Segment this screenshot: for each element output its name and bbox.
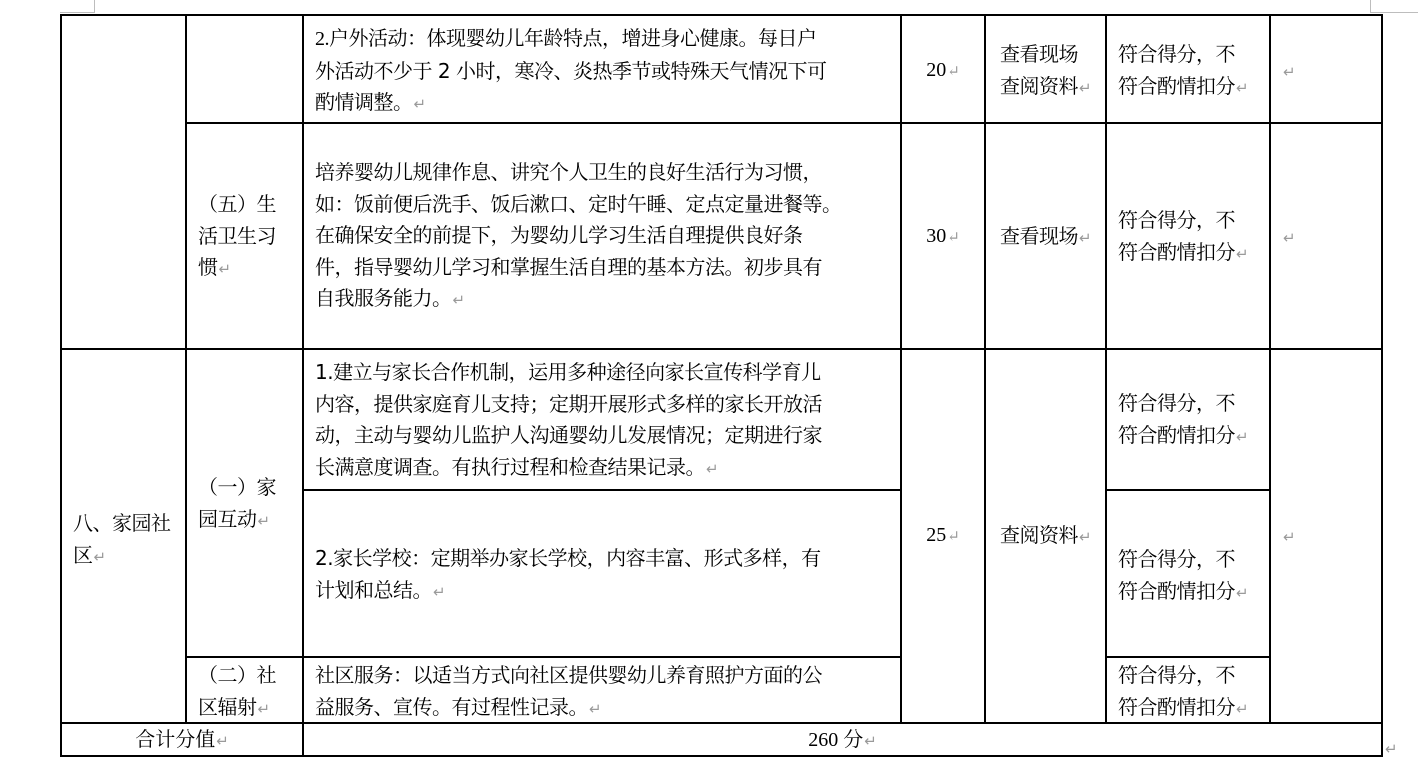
rule-line: 符合酌情扣分	[1118, 423, 1235, 447]
score-value: 25	[926, 524, 946, 546]
paragraph-mark-icon: ↵	[433, 583, 445, 601]
score-cell-20: 20↵	[900, 14, 986, 124]
rule-line: 符合得分，不	[1118, 42, 1235, 66]
content-line: 培养婴幼儿规律作息、讲究个人卫生的良好生活行为习惯，	[315, 160, 822, 184]
method-line: 查看现场	[1000, 224, 1078, 248]
content-line: 计划和总结。	[315, 578, 432, 602]
content-line: 2.家长学校：定期举办家长学校，内容丰富、形式多样，有	[315, 546, 821, 570]
item-line: （五）生	[198, 192, 276, 216]
rule-line: 符合酌情扣分	[1118, 240, 1235, 264]
content-line: 外活动不少于 2 小时，寒冷、炎热季节或特殊天气情况下可	[315, 59, 826, 83]
content-line: 件，指导婴幼儿学习和掌握生活自理的基本方法。初步具有	[315, 255, 822, 279]
content-cell-community-service: 社区服务：以适当方式向社区提供婴幼儿养育照护方面的公 益服务、宣传。有过程性记录…	[302, 656, 902, 724]
paragraph-mark-icon: ↵	[94, 548, 106, 566]
evaluation-table: 八、家园社 区↵ （五）生 活卫生习 惯↵ （一）家 园互动↵ （二）社 区辐射…	[60, 14, 1383, 757]
score-value: 20	[926, 59, 946, 81]
paragraph-mark-icon: ↵	[1079, 229, 1091, 247]
item-line: 园互动	[198, 507, 257, 531]
total-value: 260 分	[808, 729, 863, 751]
total-label: 合计分值	[135, 727, 215, 751]
content-cell-family-cooperation: 1.建立与家长合作机制，运用多种途径向家长宣传科学育儿 内容，提供家庭育儿支持；…	[302, 348, 902, 491]
rule-cell-row3: 符合得分，不 符合酌情扣分↵	[1105, 348, 1271, 491]
rule-cell-row4: 符合得分，不 符合酌情扣分↵	[1105, 489, 1271, 658]
score-cell-30: 30↵	[900, 122, 986, 350]
paragraph-mark-icon: ↵	[947, 230, 960, 246]
paragraph-mark-icon: ↵	[1236, 79, 1248, 97]
category-cell-home-community: 八、家园社 区↵	[60, 348, 187, 724]
item-cell-community-outreach: （二）社 区辐射↵	[185, 656, 304, 724]
paragraph-mark-icon: ↵	[1236, 584, 1248, 602]
paragraph-mark-icon: ↵	[216, 732, 229, 750]
paragraph-mark-icon: ↵	[1283, 528, 1295, 546]
method-cell-row3: 查阅资料↵	[984, 348, 1107, 724]
content-line: 自我服务能力。	[315, 286, 452, 310]
method-cell-row2: 查看现场↵	[984, 122, 1107, 350]
paragraph-mark-icon: ↵	[1283, 63, 1295, 81]
rule-line: 符合得分，不	[1118, 208, 1235, 232]
item-line: （一）家	[198, 475, 276, 499]
paragraph-mark-icon: ↵	[1283, 229, 1295, 247]
method-line: 查阅资料	[1000, 74, 1078, 98]
rule-cell-row5: 符合得分，不 符合酌情扣分↵	[1105, 656, 1271, 724]
paragraph-mark-icon: ↵	[706, 460, 718, 478]
item-line: 活卫生习	[198, 224, 276, 248]
page-corner-marker-right	[1370, 0, 1418, 13]
content-line: 益服务、宣传。有过程性记录。	[315, 695, 588, 719]
total-value-cell: 260 分↵	[302, 722, 1383, 757]
content-line: 2.户外活动：体现婴幼儿年龄特点，增进身心健康。每日户	[315, 28, 817, 50]
rule-cell-row2: 符合得分，不 符合酌情扣分↵	[1105, 122, 1271, 350]
method-line: 查阅资料	[1000, 523, 1078, 547]
item-cell-home-interaction: （一）家 园互动↵	[185, 348, 304, 658]
paragraph-mark-icon: ↵	[1385, 740, 1398, 758]
category-line-1: 八、家园社	[73, 511, 171, 535]
content-line: 在确保安全的前提下，为婴幼儿学习生活自理提供良好条	[315, 223, 803, 247]
paragraph-mark-icon: ↵	[1236, 700, 1248, 718]
paragraph-mark-icon: ↵	[947, 64, 960, 80]
item-line: 区辐射	[198, 695, 257, 719]
method-cell-row1: 查看现场 查阅资料↵	[984, 14, 1107, 124]
paragraph-mark-icon: ↵	[1236, 428, 1248, 446]
total-label-cell: 合计分值↵	[60, 722, 304, 757]
rule-line: 符合酌情扣分	[1118, 695, 1235, 719]
rule-line: 符合得分，不	[1118, 663, 1235, 687]
item-cell-row1	[185, 14, 304, 124]
paragraph-mark-icon: ↵	[258, 700, 270, 718]
category-cell-continued	[60, 14, 187, 350]
item-line: 惯	[198, 255, 218, 279]
page-corner-marker-left	[60, 0, 95, 13]
paragraph-mark-icon: ↵	[1079, 79, 1091, 97]
paragraph-mark-icon: ↵	[414, 95, 426, 113]
rule-cell-row1: 符合得分，不 符合酌情扣分↵	[1105, 14, 1271, 124]
content-cell-parent-school: 2.家长学校：定期举办家长学校，内容丰富、形式多样，有 计划和总结。↵	[302, 489, 902, 658]
method-line: 查看现场	[1000, 42, 1078, 66]
score-cell-25: 25↵	[900, 348, 986, 724]
content-cell-outdoor-activity: 2.户外活动：体现婴幼儿年龄特点，增进身心健康。每日户 外活动不少于 2 小时，…	[302, 14, 902, 124]
category-line-2: 区	[73, 543, 93, 567]
content-line: 内容，提供家庭育儿支持；定期开展形式多样的家长开放活	[315, 392, 822, 416]
content-line: 长满意度调查。有执行过程和检查结果记录。	[315, 455, 705, 479]
score-value: 30	[926, 225, 946, 247]
content-line: 酌情调整。	[315, 90, 413, 114]
paragraph-mark-icon: ↵	[864, 732, 877, 750]
paragraph-mark-icon: ↵	[1236, 245, 1248, 263]
rule-line: 符合得分，不	[1118, 391, 1235, 415]
remark-cell-row3: ↵	[1269, 348, 1383, 724]
content-line: 动，主动与婴幼儿监护人沟通婴幼儿发展情况；定期进行家	[315, 423, 822, 447]
rule-line: 符合酌情扣分	[1118, 579, 1235, 603]
item-line: （二）社	[198, 663, 276, 687]
rule-line: 符合酌情扣分	[1118, 74, 1235, 98]
content-line: 如：饭前便后洗手、饭后漱口、定时午睡、定点定量进餐等。	[315, 192, 842, 216]
content-cell-hygiene: 培养婴幼儿规律作息、讲究个人卫生的良好生活行为习惯， 如：饭前便后洗手、饭后漱口…	[302, 122, 902, 350]
paragraph-mark-icon: ↵	[219, 260, 231, 278]
remark-cell-row1: ↵	[1269, 14, 1383, 124]
paragraph-mark-icon: ↵	[258, 512, 270, 530]
content-line: 社区服务：以适当方式向社区提供婴幼儿养育照护方面的公	[315, 663, 822, 687]
rule-line: 符合得分，不	[1118, 547, 1235, 571]
remark-cell-row2: ↵	[1269, 122, 1383, 350]
paragraph-mark-icon: ↵	[1079, 528, 1091, 546]
paragraph-mark-icon: ↵	[947, 529, 960, 545]
content-line: 1.建立与家长合作机制，运用多种途径向家长宣传科学育儿	[315, 360, 821, 384]
item-cell-hygiene-habits: （五）生 活卫生习 惯↵	[185, 122, 304, 350]
paragraph-mark-icon: ↵	[589, 700, 601, 718]
paragraph-mark-icon: ↵	[453, 291, 465, 309]
